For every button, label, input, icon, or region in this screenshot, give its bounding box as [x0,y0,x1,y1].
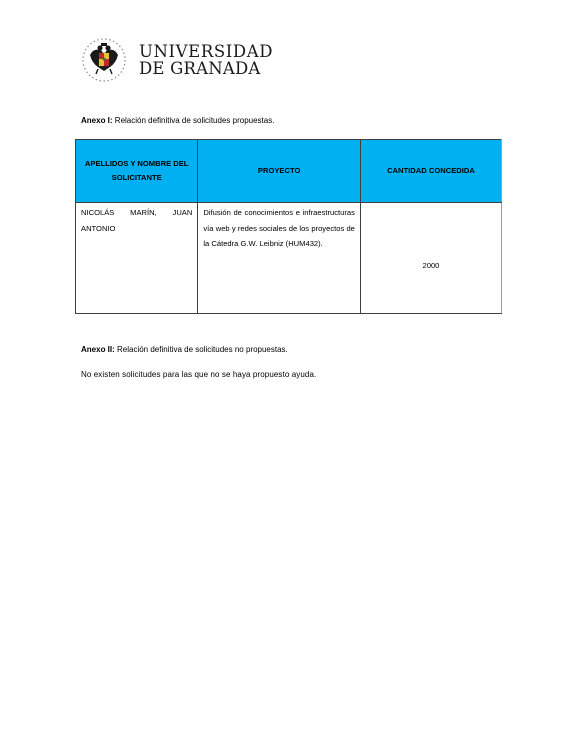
cell-applicant: NICOLÁS MARÍN, JUAN ANTONIO [76,203,198,314]
annex-2-heading: Anexo II: Relación definitiva de solicit… [81,345,288,354]
annex-1-prefix: Anexo I: [81,116,113,125]
annex-2-title: Relación definitiva de solicitudes no pr… [115,345,288,354]
grants-table: APELLIDOS Y NOMBRE DEL SOLICITANTE PROYE… [75,139,502,314]
annex-1-title: Relación definitiva de solicitudes propu… [113,116,275,125]
university-name: UNIVERSIDAD DE GRANADA [139,43,273,77]
table-row: NICOLÁS MARÍN, JUAN ANTONIO Difusión de … [76,203,502,314]
header-amount: CANTIDAD CONCEDIDA [360,140,501,203]
header-project: PROYECTO [198,140,361,203]
table-header-row: APELLIDOS Y NOMBRE DEL SOLICITANTE PROYE… [76,140,502,203]
header-applicant: APELLIDOS Y NOMBRE DEL SOLICITANTE [76,140,198,203]
annex-2-note: No existen solicitudes para las que no s… [81,370,316,379]
cell-amount: 2000 [360,203,501,314]
logo-line-1: UNIVERSIDAD [139,43,273,60]
university-logo: UNIVERSIDAD DE GRANADA [80,37,273,83]
logo-line-2: DE GRANADA [139,60,273,77]
university-crest-icon [80,37,130,83]
cell-project: Difusión de conocimientos e infraestruct… [198,203,361,314]
annex-1-heading: Anexo I: Relación definitiva de solicitu… [81,116,274,125]
annex-2-prefix: Anexo II: [81,345,115,354]
